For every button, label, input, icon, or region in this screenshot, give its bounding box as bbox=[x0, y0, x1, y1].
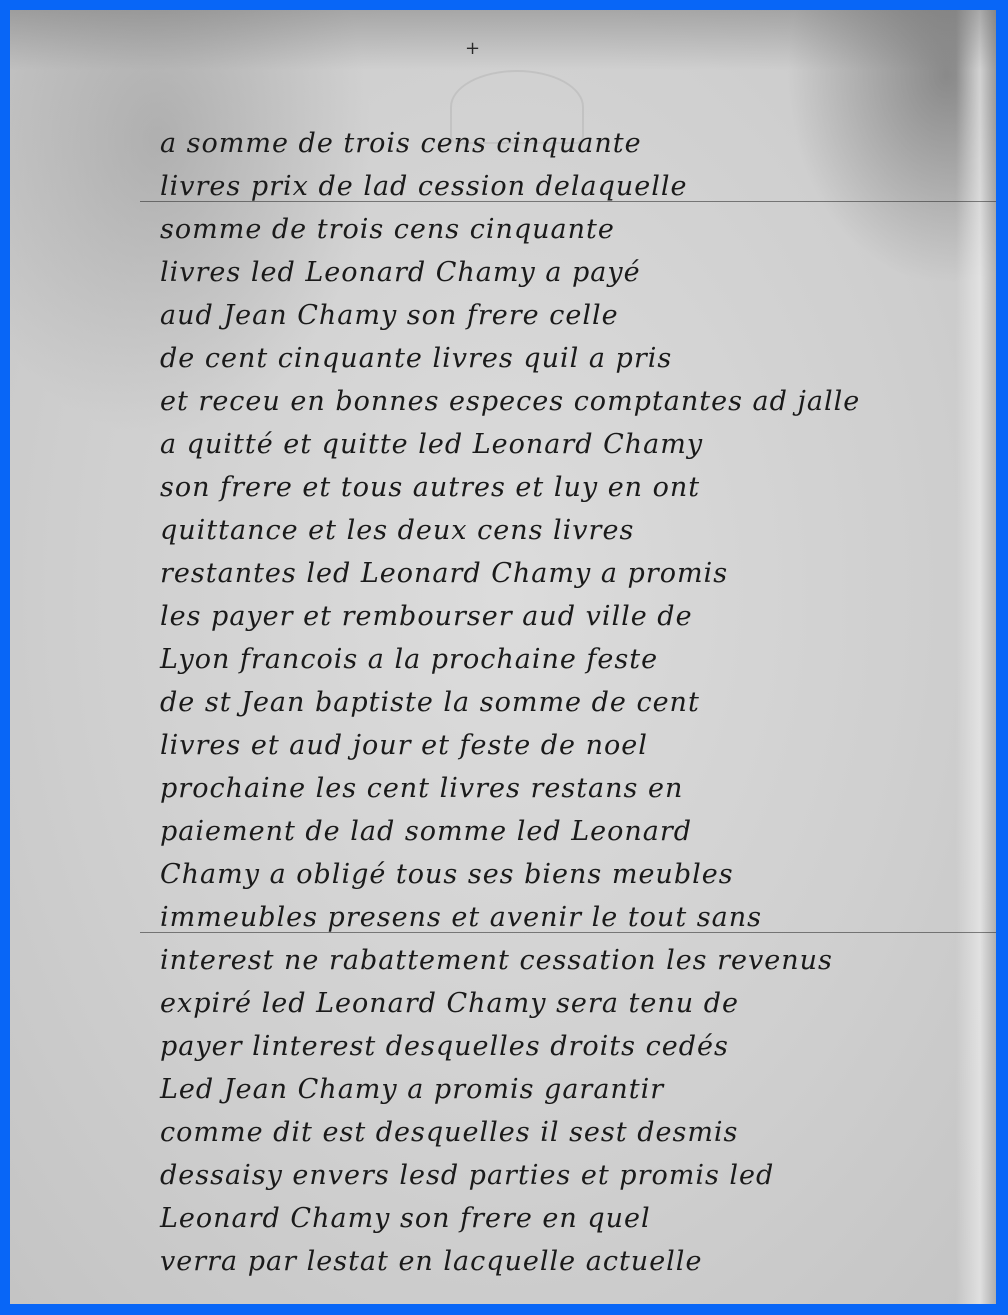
text-line: dessaisy envers lesd parties et promis l… bbox=[160, 1154, 990, 1197]
text-line: verra par lestat en lacquelle actuelle bbox=[160, 1240, 990, 1283]
text-line: somme de trois cens cinquante bbox=[160, 208, 990, 251]
text-line: quittance et les deux cens livres bbox=[160, 509, 990, 552]
text-line: Led Jean Chamy a promis garantir bbox=[160, 1068, 990, 1111]
text-line: Chamy a obligé tous ses biens meubles bbox=[160, 853, 990, 896]
page-mark: + bbox=[465, 38, 480, 59]
text-line: aud Jean Chamy son frere celle bbox=[160, 294, 990, 337]
text-line: les payer et rembourser aud ville de bbox=[160, 595, 990, 638]
text-line: expiré led Leonard Chamy sera tenu de bbox=[160, 982, 990, 1025]
text-line: payer linterest desquelles droits cedés bbox=[160, 1025, 990, 1068]
text-line: prochaine les cent livres restans en bbox=[160, 767, 990, 810]
text-line: interest ne rabattement cessation les re… bbox=[160, 939, 990, 982]
manuscript-page: + a somme de trois cens cinquante livres… bbox=[10, 10, 996, 1304]
blue-border-frame: + a somme de trois cens cinquante livres… bbox=[0, 0, 1008, 1315]
text-line: son frere et tous autres et luy en ont bbox=[160, 466, 990, 509]
text-line: immeubles presens et avenir le tout sans bbox=[160, 896, 990, 939]
text-line: Leonard Chamy son frere en quel bbox=[160, 1197, 990, 1240]
text-line: livres prix de lad cession delaquelle bbox=[160, 165, 990, 208]
text-line: comme dit est desquelles il sest desmis bbox=[160, 1111, 990, 1154]
text-line: restantes led Leonard Chamy a promis bbox=[160, 552, 990, 595]
text-line: Lyon francois a la prochaine feste bbox=[160, 638, 990, 681]
text-line: paiement de lad somme led Leonard bbox=[160, 810, 990, 853]
text-line: et receu en bonnes especes comptantes ad… bbox=[160, 380, 990, 423]
text-line: livres et aud jour et feste de noel bbox=[160, 724, 990, 767]
text-line: de cent cinquante livres quil a pris bbox=[160, 337, 990, 380]
text-line: livres led Leonard Chamy a payé bbox=[160, 251, 990, 294]
text-line: a somme de trois cens cinquante bbox=[160, 122, 990, 165]
text-line: de st Jean baptiste la somme de cent bbox=[160, 681, 990, 724]
text-line: a quitté et quitte led Leonard Chamy bbox=[160, 423, 990, 466]
handwritten-text-block: a somme de trois cens cinquante livres p… bbox=[160, 122, 990, 1283]
